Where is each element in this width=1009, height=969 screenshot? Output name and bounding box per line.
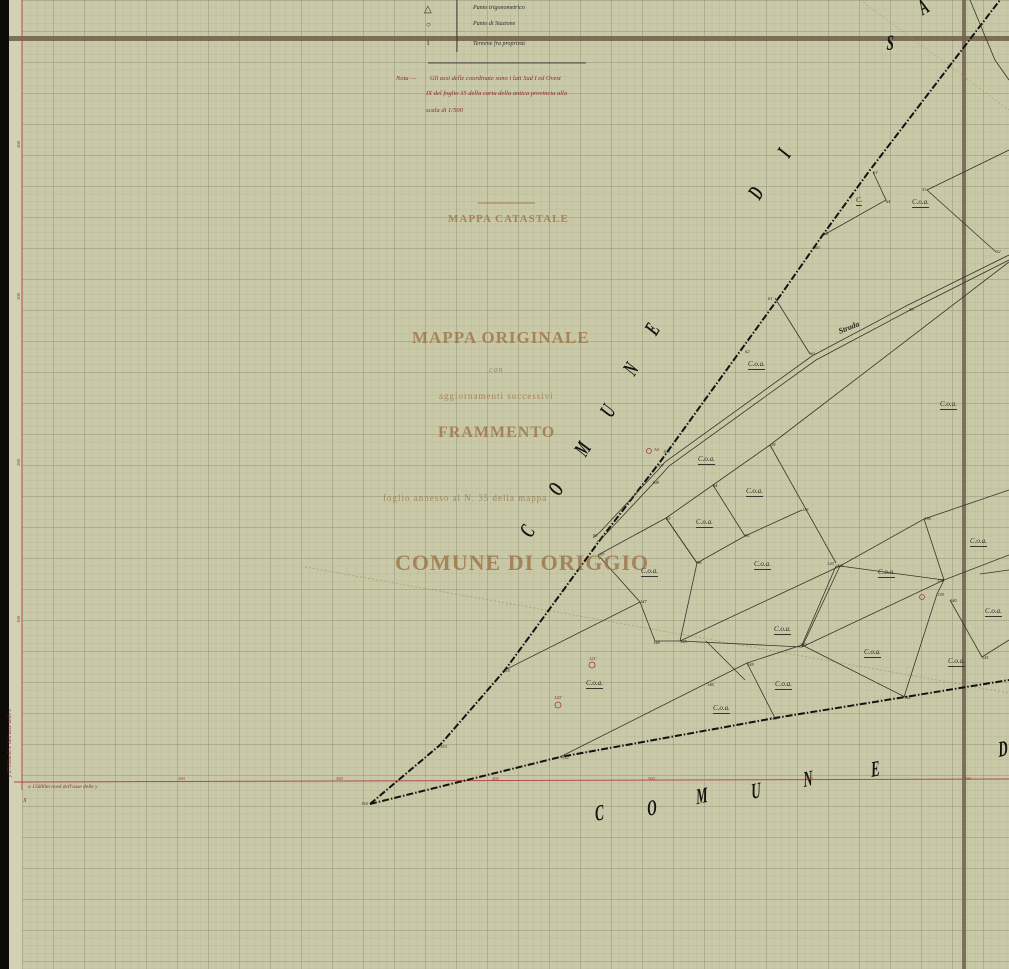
- point-number: 98: [593, 533, 598, 538]
- point-number: 153: [440, 744, 447, 749]
- sheet-fold-vertical: [962, 0, 966, 969]
- y-tick: 400: [16, 141, 21, 148]
- point-number: 150: [800, 642, 807, 647]
- boundary-letter: C: [594, 799, 605, 827]
- note-line-3: scala di 1/500: [426, 107, 463, 114]
- cadastral-map: △ ○ ı Punto trigonometrico Punto di Staz…: [0, 0, 1009, 969]
- parcel-label: C.o.a.: [696, 518, 713, 528]
- map-linework: [0, 0, 1009, 969]
- legend-station-point: Punto di Stazione: [473, 21, 515, 27]
- parcel-label: C.o.a.: [586, 679, 603, 689]
- point-number: 149: [747, 662, 754, 667]
- title-line-2: con: [489, 365, 504, 374]
- point-number: 53: [922, 187, 927, 192]
- parcel-label: C.o.a.: [970, 537, 987, 547]
- x-tick: 200: [178, 776, 185, 781]
- title-line-5: foglio annesso al N. 35 della mappa: [383, 493, 547, 503]
- parcel-label: C.o.a.: [748, 360, 765, 370]
- point-number: 145: [680, 639, 687, 644]
- boundary-letter: D: [997, 735, 1008, 763]
- parcel-label: C.o.a.: [774, 625, 791, 635]
- point-number: 107: [657, 463, 664, 468]
- point-number: 152: [562, 755, 569, 760]
- point-number: 59: [909, 307, 914, 312]
- title-line-4: FRAMMENTO: [438, 424, 555, 442]
- parcel-label: C.o.a.: [940, 400, 957, 410]
- parcel-label: C.o.a.: [878, 568, 895, 578]
- point-number: 154: [361, 801, 368, 806]
- parcel-label: C.: [856, 196, 862, 206]
- title-line-1: MAPPA ORIGINALE: [412, 328, 590, 348]
- tick-icon: ı: [427, 38, 429, 47]
- boundary-letter: S: [886, 30, 893, 56]
- note-line-1: Gli assi delle coordinate sono i lati Su…: [430, 75, 561, 82]
- point-number: 119: [802, 507, 808, 512]
- parcel-label: C.o.a.: [713, 704, 730, 714]
- title-heading: MAPPA CATASTALE: [448, 213, 569, 225]
- point-number: 148: [653, 640, 660, 645]
- parcel-label: C.o.a.: [698, 455, 715, 465]
- parcel-label: C.o.a.: [912, 198, 929, 208]
- grid: [22, 0, 1009, 969]
- x-tick: 400: [492, 776, 499, 781]
- point-number: 120: [827, 561, 834, 566]
- point-number: 63: [873, 170, 878, 175]
- note-line-2: IX del foglio 35 della carta della antic…: [426, 90, 567, 97]
- x-tick: 500: [648, 776, 655, 781]
- y-tick: 200: [16, 459, 21, 466]
- boundary-letter: U: [750, 777, 761, 805]
- y-axis-annotation: y 27100m.E.S. dell'asse delle x: [7, 709, 13, 777]
- point-number: 142: [904, 695, 911, 700]
- point-number: 138: [937, 578, 944, 583]
- point-number: 66: [815, 245, 820, 250]
- point-number: 18: [771, 442, 776, 447]
- title-line-6: COMUNE DI ORIGGIO: [395, 550, 649, 576]
- parcel-label: C.o.a.: [775, 680, 792, 690]
- point-number: 155: [503, 668, 510, 673]
- boundary-letter: M: [695, 782, 709, 811]
- point-number: 64: [886, 199, 891, 204]
- station-label: A3: [654, 447, 659, 452]
- x-tick: 600: [806, 776, 813, 781]
- point-number: 108: [652, 480, 659, 485]
- point-number: 121: [837, 563, 844, 568]
- point-number: 106: [663, 449, 670, 454]
- point-number: 52: [996, 249, 1001, 254]
- point-number: 60: [810, 351, 815, 356]
- point-number: 141: [982, 655, 989, 660]
- title-line-3: aggiornamenti successivi: [439, 391, 554, 401]
- point-number: 136: [924, 516, 931, 521]
- x-axis-annotation: a 15600m nord dell'asse delle y: [28, 784, 98, 790]
- note-lead: Nota —: [396, 75, 416, 82]
- parcel-label: C.o.a.: [864, 648, 881, 658]
- parcel-label: C.o.a.: [754, 560, 771, 570]
- point-number: 96: [697, 560, 702, 565]
- point-number: 144: [770, 716, 777, 721]
- origin-label: X: [23, 798, 27, 804]
- point-number: 65: [824, 231, 829, 236]
- boundary-letter: O: [646, 794, 657, 822]
- point-number: 147: [640, 599, 647, 604]
- parcel-label: C.o.a.: [948, 657, 965, 667]
- point-number: 93: [666, 516, 671, 521]
- y-tick: 100: [16, 616, 21, 623]
- station-label: 120': [554, 695, 562, 700]
- point-number: 94: [713, 483, 718, 488]
- triangle-icon: △: [424, 4, 432, 15]
- parcel-label: C.o.a.: [746, 487, 763, 497]
- point-number: 61: [768, 296, 773, 301]
- parcel-label: C.o.a.: [985, 607, 1002, 617]
- point-number: 95: [745, 533, 750, 538]
- point-number: 140: [950, 598, 957, 603]
- legend-trig-point: Punto trigonometrico: [473, 5, 525, 11]
- point-number: 97: [600, 552, 605, 557]
- point-number: 139: [937, 592, 944, 597]
- legend-property-boundary: Termine fra proprietà: [473, 41, 525, 47]
- y-tick: 300: [16, 293, 21, 300]
- parcel-label: C.o.a.: [641, 567, 658, 577]
- x-tick: 300: [336, 776, 343, 781]
- boundary-letter: E: [870, 755, 881, 783]
- x-tick: 700: [964, 776, 971, 781]
- station-label: 121': [589, 656, 597, 661]
- point-number: 62: [745, 349, 750, 354]
- circle-icon: ○: [426, 20, 431, 29]
- point-number: 146: [707, 682, 714, 687]
